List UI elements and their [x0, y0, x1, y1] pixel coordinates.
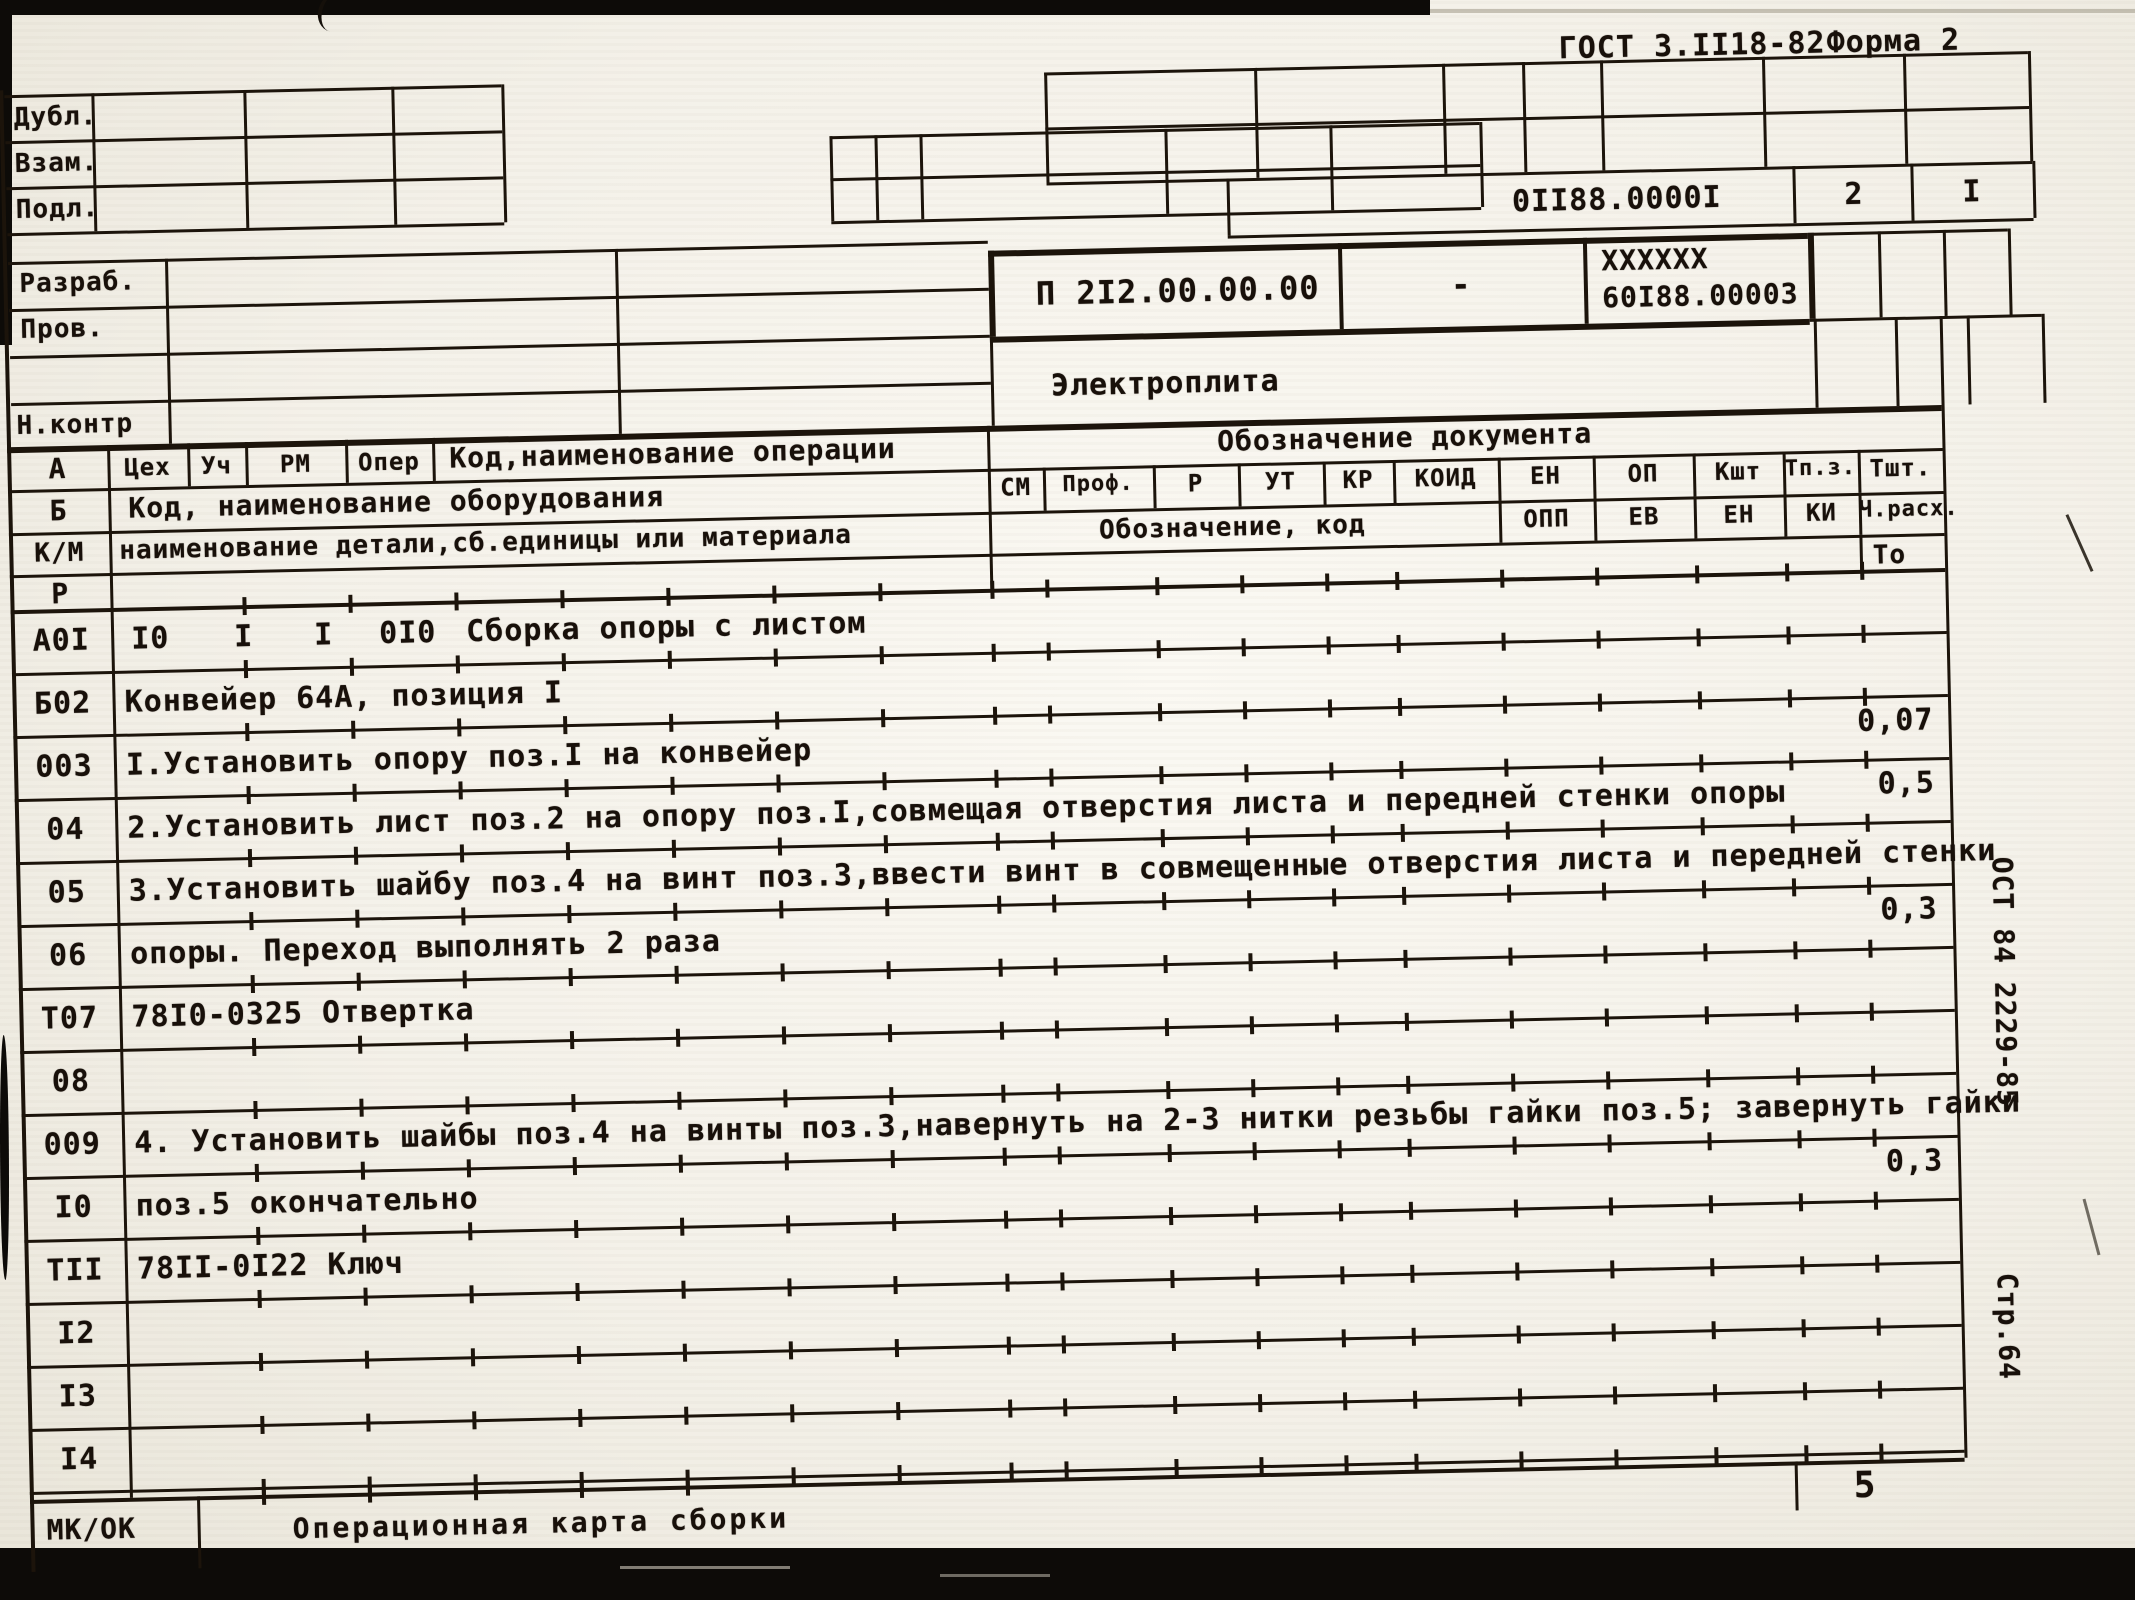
- grid-tick: [1336, 1077, 1340, 1095]
- form-line: [391, 87, 397, 225]
- grid-tick: [1871, 1066, 1875, 1084]
- grid-tick: [1163, 955, 1167, 973]
- grid-tick: [463, 970, 467, 988]
- form-line: [501, 84, 507, 222]
- grid-tick: [1243, 701, 1247, 719]
- grid-tick: [368, 1477, 372, 1495]
- grid-tick: [1168, 1144, 1172, 1162]
- header-col-km-5: Ч.расх.: [1859, 497, 1945, 523]
- header-col-rm: РМ: [247, 450, 344, 478]
- grid-tick: [461, 907, 465, 925]
- grid-tick: [1413, 1391, 1417, 1409]
- grid-tick: [790, 1404, 794, 1422]
- form-line: [11, 382, 991, 406]
- grid-tick: [1255, 1268, 1259, 1286]
- header-col-km-2: ЕВ: [1594, 502, 1695, 531]
- grid-tick: [681, 1281, 685, 1299]
- grid-tick: [1007, 1337, 1011, 1355]
- grid-tick: [1876, 1318, 1880, 1336]
- grid-tick: [257, 1290, 261, 1308]
- grid-tick: [1048, 706, 1052, 724]
- row-text: опоры. Переход выполнять 2 раза: [130, 925, 722, 971]
- grid-tick: [365, 1351, 369, 1369]
- grid-tick: [685, 1470, 689, 1488]
- grid-tick: [570, 1031, 574, 1049]
- form-line: [7, 222, 504, 236]
- grid-tick: [1793, 941, 1797, 959]
- form-line: [1940, 316, 1968, 1458]
- grid-tick: [1512, 1136, 1516, 1154]
- grid-tick: [1800, 1256, 1804, 1274]
- form-line: [2028, 51, 2033, 161]
- grid-tick: [361, 1162, 365, 1180]
- grid-tick: [471, 1348, 475, 1366]
- grid-tick: [1405, 1013, 1409, 1031]
- grid-tick: [1157, 640, 1161, 658]
- grid-tick: [1504, 759, 1508, 777]
- grid-tick: [1706, 1069, 1710, 1087]
- grid-tick: [684, 1407, 688, 1425]
- form-line: [831, 207, 1481, 224]
- grid-tick: [1343, 1392, 1347, 1410]
- grid-tick: [1402, 887, 1406, 905]
- row-text: 78II-0I22 Ключ: [137, 1247, 405, 1286]
- sheets-total: 2: [1814, 177, 1895, 212]
- grid-tick: [348, 595, 352, 613]
- grid-tick: [1047, 643, 1051, 661]
- footer-title: Операционная карта сборки: [292, 1503, 789, 1545]
- grid-tick: [1259, 1457, 1263, 1475]
- grid-tick: [1252, 1142, 1256, 1160]
- grid-tick: [1241, 638, 1245, 656]
- grid-tick: [1333, 951, 1337, 969]
- grid-tick: [1051, 831, 1055, 849]
- grid-tick: [1792, 878, 1796, 896]
- grid-tick: [1001, 1085, 1005, 1103]
- grid-tick: [362, 1225, 366, 1243]
- footer-doc-type: МК/ОК: [46, 1514, 136, 1547]
- grid-tick: [1695, 565, 1699, 583]
- grid-tick: [1325, 573, 1329, 591]
- header-col-11: Тшт.: [1858, 454, 1944, 482]
- grid-tick: [1872, 1129, 1876, 1147]
- document-number: 0II88.0000I: [1512, 181, 1722, 219]
- grid-tick: [1412, 1328, 1416, 1346]
- grid-tick: [562, 653, 566, 671]
- header-row-km-code: К/М: [11, 538, 108, 569]
- grid-tick: [1790, 815, 1794, 833]
- grid-tick: [454, 592, 458, 610]
- row-time-value: 0,3: [1783, 1144, 1944, 1180]
- row-text: I.Установить опору поз.I на конвейер: [126, 734, 813, 782]
- grid-tick: [892, 1213, 896, 1231]
- signature-razrab-label: Разраб.: [19, 267, 136, 298]
- grid-tick: [580, 1472, 584, 1490]
- form-line: [5, 130, 502, 144]
- grid-tick: [992, 644, 996, 662]
- header-col-3: Р: [1153, 469, 1239, 497]
- grid-tick: [456, 655, 460, 673]
- grid-tick: [1332, 888, 1336, 906]
- grid-tick: [994, 770, 998, 788]
- grid-tick: [1396, 635, 1400, 653]
- grid-tick: [996, 833, 1000, 851]
- form-line: [7, 405, 1942, 453]
- form-line: [1808, 233, 1816, 319]
- grid-tick: [1713, 1384, 1717, 1402]
- grid-tick: [882, 772, 886, 790]
- grid-tick: [1009, 1463, 1013, 1481]
- row-code: Т07: [21, 1001, 118, 1036]
- form-line: [1583, 238, 1589, 324]
- header-col-km-3: ЕН: [1694, 501, 1785, 529]
- grid-tick: [1062, 1335, 1066, 1353]
- form-line: [187, 443, 191, 486]
- grid-tick: [1797, 1130, 1801, 1148]
- product-name: Электроплита: [1051, 364, 1280, 402]
- grid-tick: [676, 1029, 680, 1047]
- row-code: I4: [31, 1442, 128, 1477]
- grid-tick: [1500, 570, 1504, 588]
- grid-tick: [563, 716, 567, 734]
- row-text: Сборка опоры с листом: [466, 607, 867, 649]
- form-line: [1967, 315, 1972, 404]
- grid-tick: [1696, 628, 1700, 646]
- grid-tick: [1705, 1006, 1709, 1024]
- grid-tick: [1244, 764, 1248, 782]
- grid-tick: [1004, 1211, 1008, 1229]
- grid-tick: [1506, 822, 1510, 840]
- header-col-9: Кшт: [1693, 458, 1784, 486]
- program-code: П 2I2.00.00.00: [1036, 271, 1320, 312]
- grid-tick: [998, 959, 1002, 977]
- grid-tick: [1501, 633, 1505, 651]
- row-op-ceh: I0: [131, 622, 170, 656]
- grid-tick: [260, 1416, 264, 1434]
- row-code: I0: [25, 1190, 122, 1225]
- grid-tick: [352, 784, 356, 802]
- grid-tick: [467, 1159, 471, 1177]
- form-line: [1878, 231, 1883, 317]
- grid-tick: [774, 648, 778, 666]
- grid-tick: [1596, 631, 1600, 649]
- grid-tick: [1063, 1398, 1067, 1416]
- grid-tick: [1804, 1445, 1808, 1463]
- grid-tick: [242, 597, 246, 615]
- grid-tick: [1399, 761, 1403, 779]
- row-code: ТII: [27, 1253, 124, 1288]
- grid-tick: [1329, 762, 1333, 780]
- grid-tick: [1049, 769, 1053, 787]
- form-line: [8, 241, 988, 265]
- grid-tick: [778, 837, 782, 855]
- form-line: [2008, 228, 2013, 314]
- grid-tick: [355, 910, 359, 928]
- grid-tick: [1518, 1388, 1522, 1406]
- grid-tick: [1174, 1459, 1178, 1477]
- form-line: [987, 426, 994, 589]
- grid-tick: [1158, 703, 1162, 721]
- header-col-km-1: ОПП: [1499, 505, 1595, 533]
- form-line: [1228, 218, 2034, 239]
- sheet-number: I: [1932, 174, 2013, 209]
- grid-tick: [1407, 1139, 1411, 1157]
- grid-tick: [1786, 626, 1790, 644]
- form-line: [345, 440, 349, 483]
- grid-tick: [1874, 1192, 1878, 1210]
- form-line: [990, 319, 1810, 343]
- grid-tick: [465, 1096, 469, 1114]
- header-col-oper: Опер: [347, 448, 431, 476]
- form-line: [12, 631, 1947, 676]
- grid-tick: [1868, 940, 1872, 958]
- grid-tick: [1801, 1319, 1805, 1337]
- grid-tick: [886, 961, 890, 979]
- grid-tick: [244, 660, 248, 678]
- form-line: [11, 568, 1946, 614]
- form-line: [6, 176, 503, 190]
- grid-tick: [897, 1465, 901, 1483]
- grid-tick: [350, 658, 354, 676]
- grid-tick: [885, 898, 889, 916]
- grid-tick: [1599, 757, 1603, 775]
- grid-tick: [672, 840, 676, 858]
- grid-tick: [1161, 829, 1165, 847]
- row-code: 003: [16, 749, 113, 784]
- grid-tick: [1246, 827, 1250, 845]
- grid-tick: [1000, 1022, 1004, 1040]
- header-col-km-4: КИ: [1784, 499, 1860, 527]
- row-code: Б02: [14, 686, 111, 721]
- grid-tick: [569, 968, 573, 986]
- grid-tick: [1712, 1321, 1716, 1339]
- grid-tick: [248, 849, 252, 867]
- grid-tick: [469, 1285, 473, 1303]
- grid-tick: [351, 721, 355, 739]
- grid-tick: [1247, 890, 1251, 908]
- grid-tick: [1254, 1205, 1258, 1223]
- grid-tick: [1169, 1207, 1173, 1225]
- header-col-6: КОИД: [1393, 464, 1499, 493]
- form-line: [10, 335, 990, 359]
- form-line: [615, 249, 622, 434]
- grid-tick: [1342, 1329, 1346, 1347]
- grid-tick: [1064, 1461, 1068, 1479]
- grid-tick: [780, 963, 784, 981]
- grid-tick: [1605, 1008, 1609, 1026]
- grid-tick: [1406, 1076, 1410, 1094]
- grid-tick: [571, 1094, 575, 1112]
- form-line: [197, 1496, 202, 1568]
- grid-tick: [246, 786, 250, 804]
- grid-tick: [1508, 948, 1512, 966]
- grid-tick: [782, 1026, 786, 1044]
- header-row-a-code: А: [9, 453, 106, 486]
- grid-tick: [896, 1402, 900, 1420]
- grid-tick: [1335, 1014, 1339, 1032]
- grid-tick: [259, 1353, 263, 1371]
- form-line: [2032, 161, 2036, 218]
- grid-tick: [1860, 562, 1864, 580]
- row-time-value: 0,07: [1773, 703, 1934, 739]
- grid-tick: [256, 1227, 260, 1245]
- grid-tick: [1788, 689, 1792, 707]
- stamp-row-podl: Подл.: [16, 194, 100, 224]
- grid-tick: [1170, 1270, 1174, 1288]
- grid-tick: [574, 1220, 578, 1238]
- form-line: [1792, 166, 1796, 223]
- grid-tick: [1056, 1083, 1060, 1101]
- grid-tick: [1796, 1067, 1800, 1085]
- form-line: [1338, 243, 1344, 329]
- form-line: [27, 1324, 1962, 1369]
- grid-tick: [1059, 1209, 1063, 1227]
- row-code: 04: [17, 812, 114, 847]
- grid-tick: [566, 842, 570, 860]
- form-line: [432, 438, 436, 481]
- grid-tick: [1601, 819, 1605, 837]
- grid-tick: [1867, 877, 1871, 895]
- grid-tick: [775, 711, 779, 729]
- grid-tick: [249, 912, 253, 930]
- form-line: [1814, 319, 1819, 408]
- grid-tick: [680, 1218, 684, 1236]
- grid-tick: [1607, 1134, 1611, 1152]
- document-code-top: XXXXXX: [1601, 244, 1709, 277]
- grid-tick: [457, 718, 461, 736]
- grid-tick: [1603, 945, 1607, 963]
- row-code: 06: [20, 938, 117, 973]
- grid-tick: [357, 973, 361, 991]
- grid-tick: [1865, 814, 1869, 832]
- grid-tick: [1864, 751, 1868, 769]
- form-line: [1044, 51, 2028, 75]
- form-line: [1795, 1461, 1799, 1510]
- row-text: 2.Установить лист поз.2 на опору поз.I,с…: [127, 776, 1786, 845]
- row-op-oper: 0I0: [379, 616, 437, 650]
- grid-tick: [776, 774, 780, 792]
- grid-tick: [578, 1409, 582, 1427]
- header-col-ceh: Цех: [109, 453, 186, 481]
- grid-tick: [1403, 950, 1407, 968]
- grid-tick: [1878, 1381, 1882, 1399]
- grid-tick: [251, 975, 255, 993]
- footer-page-number: 5: [1820, 1465, 1911, 1507]
- document-code-bottom: 60I88.00003: [1602, 279, 1799, 314]
- row-code: I2: [28, 1316, 125, 1351]
- grid-tick: [1172, 1333, 1176, 1351]
- row-code: 05: [18, 875, 115, 910]
- grid-tick: [1339, 1203, 1343, 1221]
- grid-tick: [1326, 636, 1330, 654]
- grid-tick: [1045, 580, 1049, 598]
- header-col-7: ЕН: [1498, 462, 1594, 490]
- operation-block-dash: -: [1373, 266, 1549, 305]
- grid-tick: [895, 1339, 899, 1357]
- grid-tick: [675, 966, 679, 984]
- grid-tick: [668, 651, 672, 669]
- header-col-1: СМ: [988, 474, 1044, 502]
- grid-tick: [1701, 817, 1705, 835]
- grid-tick: [673, 903, 677, 921]
- grid-tick: [1328, 699, 1332, 717]
- form-line: [1045, 106, 2029, 130]
- signature-prov-label: Пров.: [20, 314, 104, 344]
- grid-tick: [670, 777, 674, 795]
- grid-tick: [474, 1474, 478, 1492]
- row-text: поз.5 окончательно: [135, 1182, 479, 1222]
- grid-tick: [464, 1033, 468, 1051]
- grid-tick: [1052, 894, 1056, 912]
- grid-tick: [1861, 625, 1865, 643]
- grid-tick: [889, 1087, 893, 1105]
- grid-tick: [1699, 754, 1703, 772]
- grid-tick: [1709, 1195, 1713, 1213]
- grid-tick: [1162, 892, 1166, 910]
- grid-tick: [1514, 1199, 1518, 1217]
- grid-tick: [1240, 575, 1244, 593]
- grid-tick: [1251, 1079, 1255, 1097]
- form-line: [1226, 179, 1230, 236]
- grid-tick: [990, 581, 994, 599]
- header-col-2: Проф.: [1043, 471, 1154, 498]
- grid-tick: [1595, 568, 1599, 586]
- grid-tick: [1707, 1132, 1711, 1150]
- grid-tick: [666, 588, 670, 606]
- grid-tick: [262, 1479, 266, 1497]
- grid-tick: [669, 714, 673, 732]
- grid-tick: [791, 1467, 795, 1485]
- grid-tick: [1398, 698, 1402, 716]
- grid-tick: [1340, 1266, 1344, 1284]
- form-line: [1943, 230, 1948, 316]
- grid-tick: [893, 1276, 897, 1294]
- form-line: [4, 84, 501, 98]
- grid-tick: [1609, 1197, 1613, 1215]
- grid-tick: [1410, 1265, 1414, 1283]
- grid-tick: [468, 1222, 472, 1240]
- grid-tick: [1003, 1148, 1007, 1166]
- grid-tick: [573, 1157, 577, 1175]
- header-col-4: УТ: [1238, 468, 1324, 496]
- row-code: I3: [29, 1379, 126, 1414]
- grid-tick: [683, 1344, 687, 1362]
- grid-tick: [358, 1036, 362, 1054]
- grid-tick: [1005, 1274, 1009, 1292]
- row-code: А0I: [13, 623, 110, 658]
- grid-tick: [245, 723, 249, 741]
- grid-tick: [472, 1411, 476, 1429]
- form-line: [830, 164, 1480, 181]
- form-line: [1895, 317, 1900, 406]
- grid-tick: [677, 1092, 681, 1110]
- grid-tick: [1257, 1331, 1261, 1349]
- grid-tick: [1710, 1258, 1714, 1276]
- form-line: [988, 251, 996, 337]
- grid-tick: [783, 1089, 787, 1107]
- form-line: [2042, 314, 2047, 403]
- form-sheet: ГОСТ 3.II18-82 Форма 2 Дубл. Взам. Подл.…: [0, 0, 2135, 1600]
- grid-tick: [1053, 957, 1057, 975]
- grid-tick: [789, 1341, 793, 1359]
- grid-tick: [1519, 1451, 1523, 1469]
- grid-tick: [1703, 943, 1707, 961]
- stamp-row-dubl: Дубл.: [14, 102, 98, 132]
- grid-tick: [881, 709, 885, 727]
- grid-tick: [1395, 572, 1399, 590]
- grid-tick: [1159, 766, 1163, 784]
- grid-tick: [786, 1215, 790, 1233]
